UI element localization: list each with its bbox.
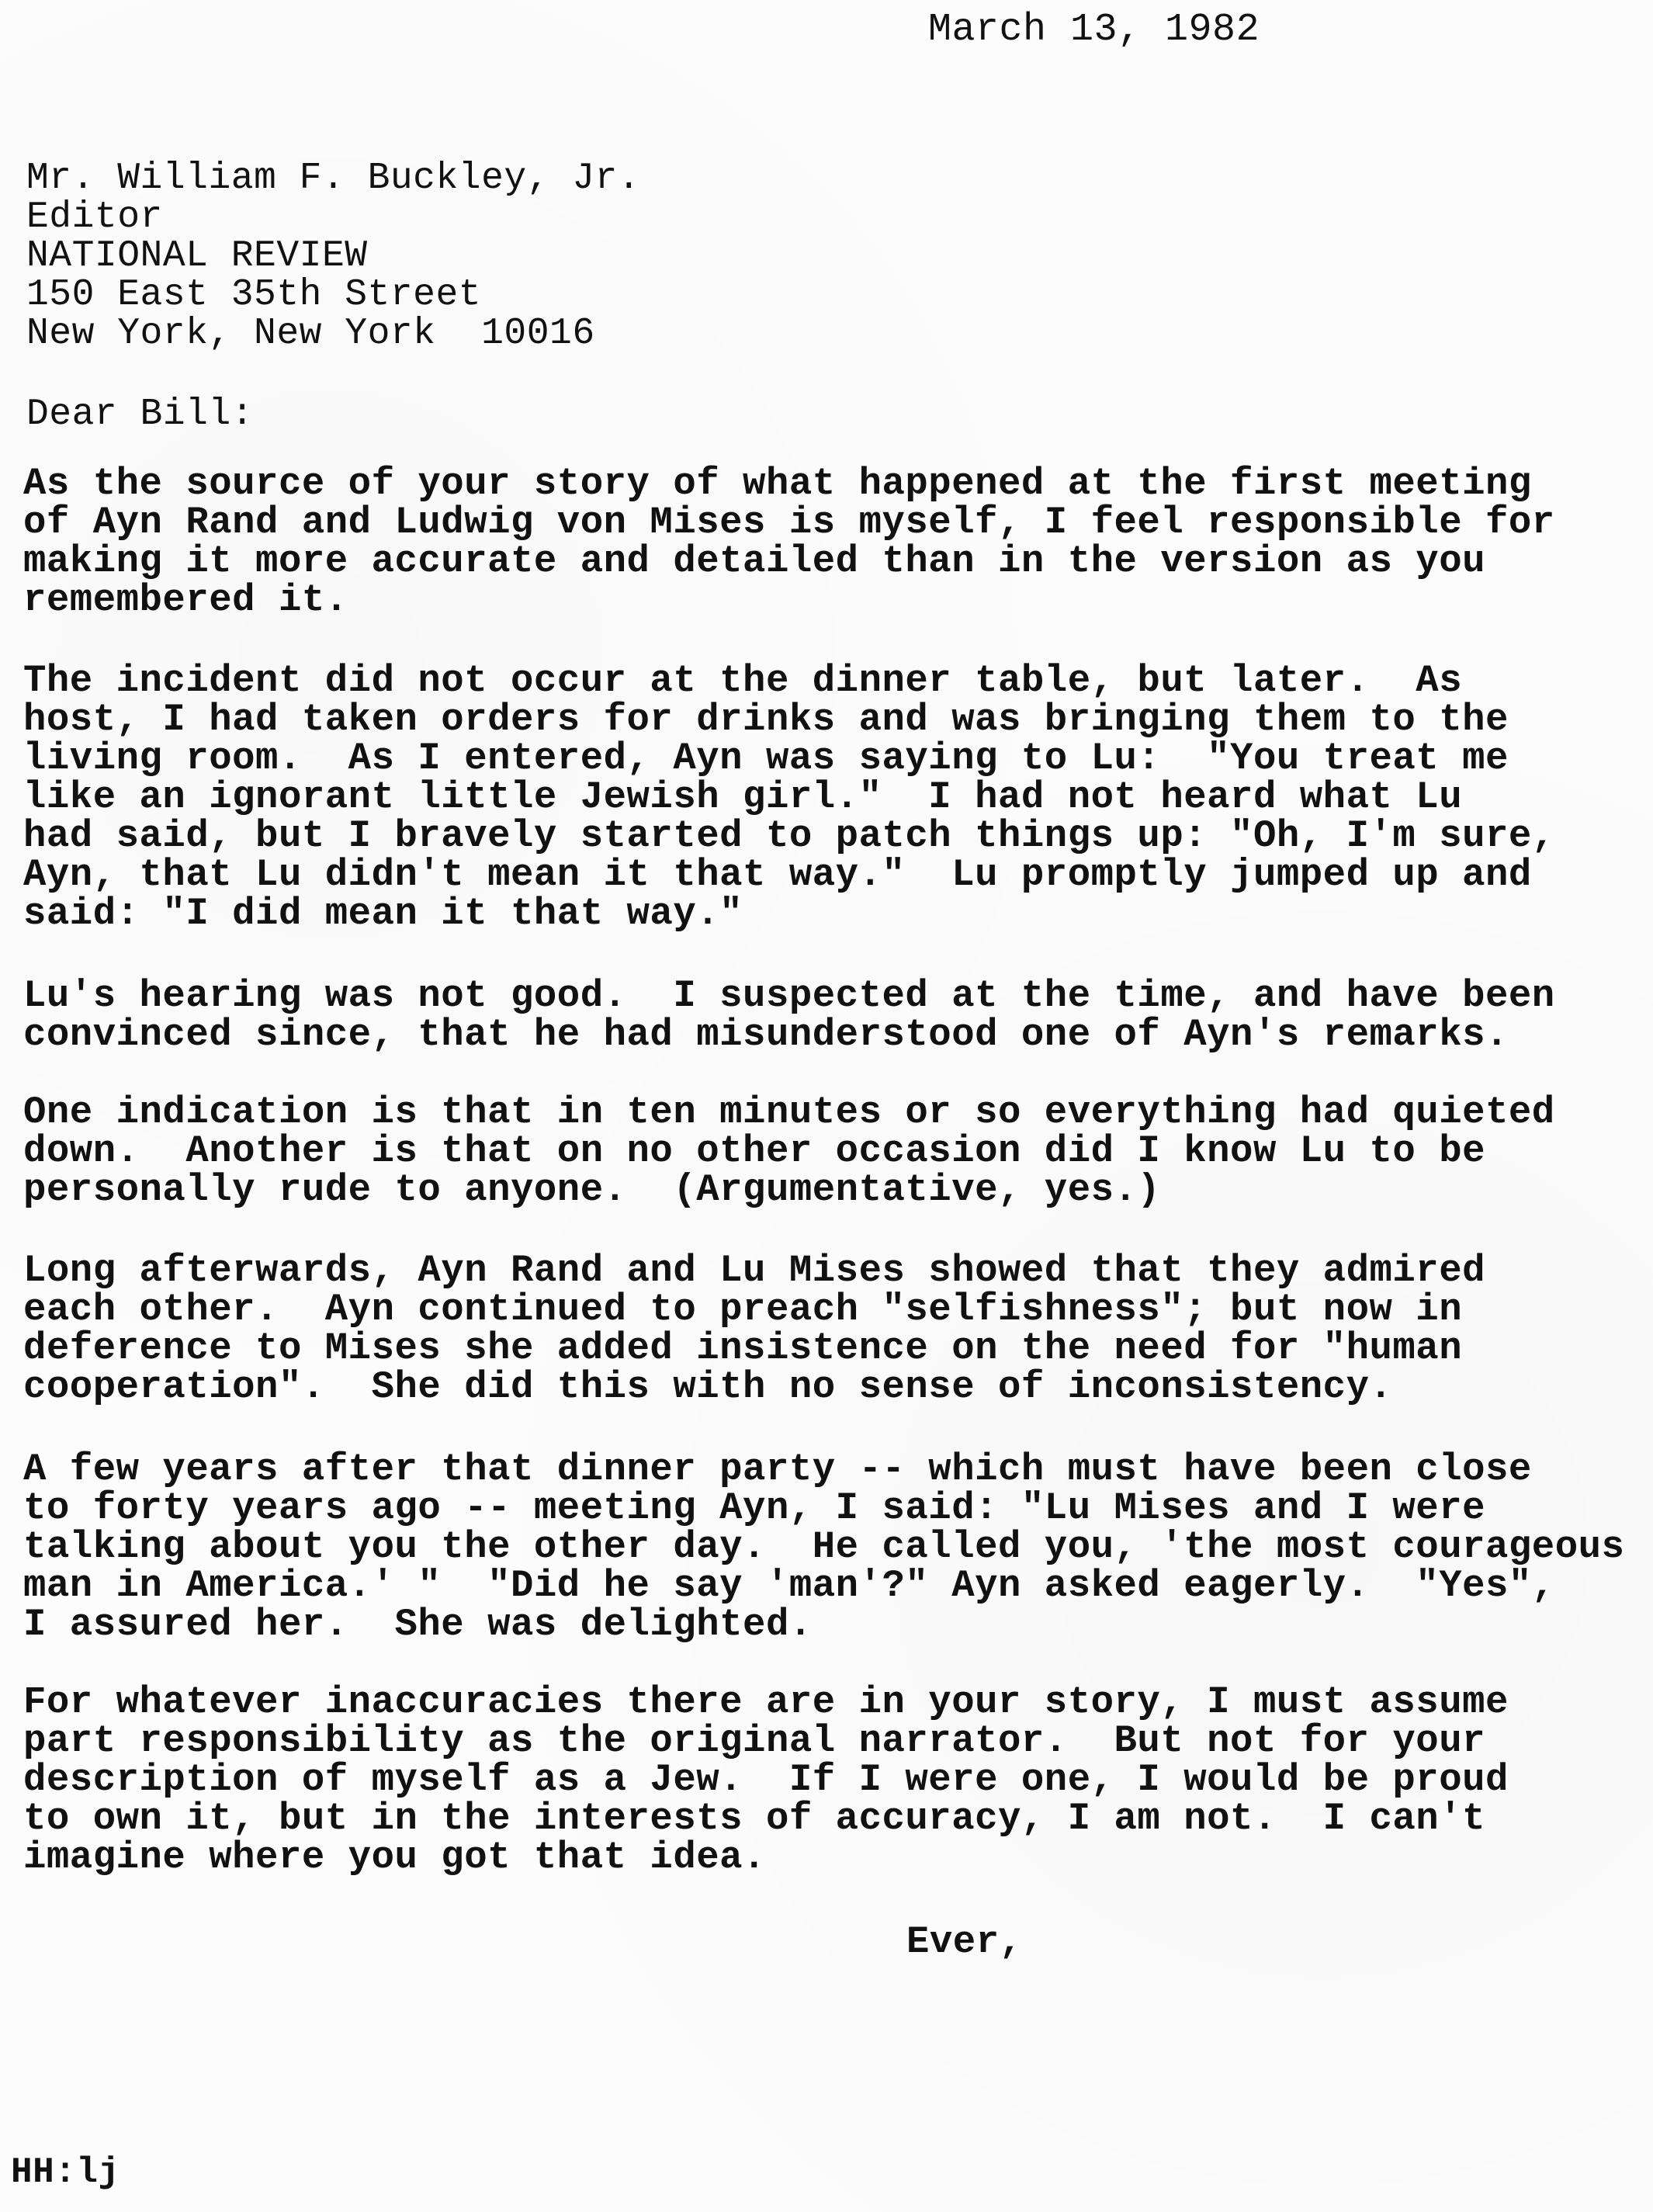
paragraph-line: living room. As I entered, Ayn was sayin… <box>23 739 1645 778</box>
paragraph-line: description of myself as a Jew. If I wer… <box>23 1760 1645 1799</box>
body-paragraph-2: The incident did not occur at the dinner… <box>23 661 1645 933</box>
body-paragraph-3: Lu's hearing was not good. I suspected a… <box>23 976 1645 1054</box>
paragraph-line: I assured her. She was delighted. <box>23 1605 1645 1644</box>
body-paragraph-6: A few years after that dinner party -- w… <box>23 1450 1645 1644</box>
salutation: Dear Bill: <box>26 396 254 433</box>
paragraph-line: to own it, but in the interests of accur… <box>23 1799 1645 1838</box>
paragraph-line: One indication is that in ten minutes or… <box>23 1093 1645 1132</box>
body-paragraph-5: Long afterwards, Ayn Rand and Lu Mises s… <box>23 1251 1645 1406</box>
paragraph-line: cooperation". She did this with no sense… <box>23 1368 1645 1406</box>
letter-date: March 13, 1982 <box>928 11 1260 50</box>
paragraph-line: personally rude to anyone. (Argumentativ… <box>23 1170 1645 1209</box>
paragraph-line: host, I had taken orders for drinks and … <box>23 700 1645 739</box>
paragraph-line: of Ayn Rand and Ludwig von Mises is myse… <box>23 503 1645 542</box>
paragraph-line: Ayn, that Lu didn't mean it that way." L… <box>23 855 1645 894</box>
paragraph-line: each other. Ayn continued to preach "sel… <box>23 1290 1645 1329</box>
reference-initials: HH:lj <box>11 2155 120 2190</box>
closing: Ever, <box>906 1923 1023 1961</box>
paragraph-line: remembered it. <box>23 581 1645 619</box>
paragraph-line: For whatever inaccuracies there are in y… <box>23 1683 1645 1721</box>
paragraph-line: Lu's hearing was not good. I suspected a… <box>23 976 1645 1015</box>
paragraph-line: to forty years ago -- meeting Ayn, I sai… <box>23 1489 1645 1527</box>
paragraph-line: convinced since, that he had misundersto… <box>23 1015 1645 1054</box>
paragraph-line: like an ignorant little Jewish girl." I … <box>23 778 1645 816</box>
paragraph-line: A few years after that dinner party -- w… <box>23 1450 1645 1489</box>
paragraph-line: imagine where you got that idea. <box>23 1838 1645 1877</box>
recipient-name: Mr. William F. Buckley, Jr. <box>26 160 640 197</box>
letter-page: March 13, 1982 Mr. William F. Buckley, J… <box>0 0 1653 2212</box>
paragraph-line: deference to Mises she added insistence … <box>23 1329 1645 1368</box>
paragraph-line: had said, but I bravely started to patch… <box>23 816 1645 855</box>
paragraph-line: down. Another is that on no other occasi… <box>23 1132 1645 1170</box>
body-paragraph-7: For whatever inaccuracies there are in y… <box>23 1683 1645 1877</box>
paragraph-line: Long afterwards, Ayn Rand and Lu Mises s… <box>23 1251 1645 1290</box>
recipient-city: New York, New York 10016 <box>26 315 595 352</box>
body-paragraph-4: One indication is that in ten minutes or… <box>23 1093 1645 1209</box>
paragraph-line: making it more accurate and detailed tha… <box>23 542 1645 581</box>
paragraph-line: part responsibility as the original narr… <box>23 1721 1645 1760</box>
recipient-street: 150 East 35th Street <box>26 276 481 314</box>
paragraph-line: said: "I did mean it that way." <box>23 894 1645 933</box>
body-paragraph-1: As the source of your story of what happ… <box>23 464 1645 619</box>
paragraph-line: The incident did not occur at the dinner… <box>23 661 1645 700</box>
paragraph-line: talking about you the other day. He call… <box>23 1527 1645 1566</box>
recipient-title: Editor <box>26 199 163 236</box>
recipient-organization: NATIONAL REVIEW <box>26 237 368 275</box>
paragraph-line: As the source of your story of what happ… <box>23 464 1645 503</box>
paragraph-line: man in America.' " "Did he say 'man'?" A… <box>23 1566 1645 1605</box>
